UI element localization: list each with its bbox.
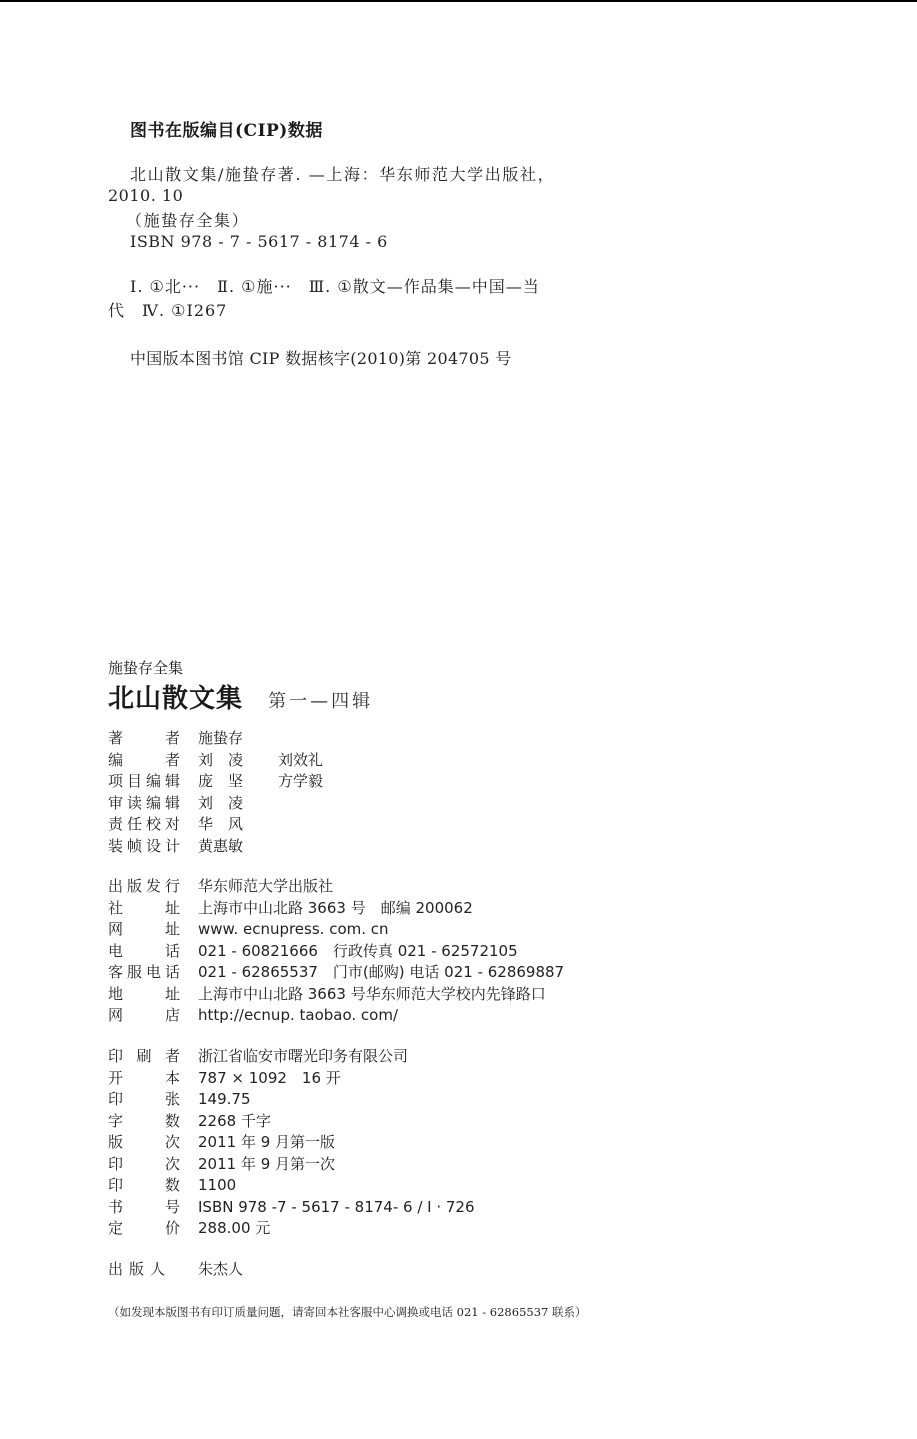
info-label: 印张 bbox=[108, 1089, 180, 1111]
info-label: 版次 bbox=[108, 1132, 180, 1154]
credit-value: 庞 坚 bbox=[198, 771, 278, 793]
credit-value: 华 风 bbox=[198, 814, 278, 836]
info-value: 浙江省临安市曙光印务有限公司 bbox=[198, 1046, 408, 1068]
info-value: 上海市中山北路 3663 号华东师范大学校内先锋路口 bbox=[198, 984, 546, 1006]
info-value: 021 - 60821666 行政传真 021 - 62572105 bbox=[198, 941, 518, 963]
info-value: 2268 千字 bbox=[198, 1111, 271, 1133]
cip-line: 2010. 10 bbox=[108, 186, 183, 205]
info-label: 定价 bbox=[108, 1218, 180, 1240]
info-label: 社址 bbox=[108, 898, 180, 920]
credit-value: 刘 凌 bbox=[198, 750, 278, 772]
cip-line: 代 Ⅳ. ①I267 bbox=[108, 298, 227, 321]
series-name: 施蛰存全集 bbox=[108, 657, 183, 678]
info-label: 出版人 bbox=[108, 1259, 180, 1281]
info-label: 印刷者 bbox=[108, 1046, 180, 1068]
info-value: 朱杰人 bbox=[198, 1259, 243, 1281]
info-value: 上海市中山北路 3663 号 邮编 200062 bbox=[198, 898, 473, 920]
credit-value: 方学毅 bbox=[278, 771, 323, 793]
cip-line: 中国版本图书馆 CIP 数据核字(2010)第 204705 号 bbox=[130, 346, 512, 369]
info-value: 149.75 bbox=[198, 1089, 251, 1111]
credit-label: 著者 bbox=[108, 728, 180, 750]
cip-line: ISBN 978 - 7 - 5617 - 8174 - 6 bbox=[130, 232, 388, 251]
info-label: 印数 bbox=[108, 1175, 180, 1197]
info-label: 地址 bbox=[108, 984, 180, 1006]
online-store-value: http://ecnup. taobao. com/ bbox=[198, 1005, 398, 1027]
cip-title: 图书在版编目(CIP)数据 bbox=[130, 116, 323, 141]
credit-label: 装帧设计 bbox=[108, 836, 180, 858]
top-border bbox=[0, 0, 917, 2]
price-value: 288.00 元 bbox=[198, 1218, 270, 1240]
credit-label: 责任校对 bbox=[108, 814, 180, 836]
credit-value: 刘效礼 bbox=[278, 750, 323, 772]
credit-label: 项目编辑 bbox=[108, 771, 180, 793]
volume-label: 第一—四辑 bbox=[268, 691, 373, 712]
info-value: 2011 年 9 月第一次 bbox=[198, 1154, 335, 1176]
info-label: 印次 bbox=[108, 1154, 180, 1176]
info-label: 字数 bbox=[108, 1111, 180, 1133]
info-label: 电话 bbox=[108, 941, 180, 963]
info-label: 出版发行 bbox=[108, 876, 180, 898]
info-value: 华东师范大学出版社 bbox=[198, 876, 333, 898]
credit-value: 施蛰存 bbox=[198, 728, 278, 750]
info-value: 021 - 62865537 门市(邮购) 电话 021 - 62869887 bbox=[198, 962, 564, 984]
website-value: www. ecnupress. com. cn bbox=[198, 919, 389, 941]
info-value: 787 × 1092 16 开 bbox=[198, 1068, 341, 1090]
title-row: 北山散文集 第一—四辑 bbox=[108, 678, 373, 715]
info-label: 网店 bbox=[108, 1005, 180, 1027]
info-label: 网址 bbox=[108, 919, 180, 941]
credit-value: 黄惠敏 bbox=[198, 836, 278, 858]
info-value: 1100 bbox=[198, 1175, 236, 1197]
credit-label: 审读编辑 bbox=[108, 793, 180, 815]
cip-line: 北山散文集/施蛰存著. —上海：华东师范大学出版社， bbox=[130, 162, 555, 185]
cip-line: Ⅰ. ①北··· Ⅱ. ①施··· Ⅲ. ①散文—作品集—中国—当 bbox=[130, 274, 540, 297]
credit-label: 编者 bbox=[108, 750, 180, 772]
cip-line: （施蛰存全集） bbox=[126, 208, 249, 231]
info-label: 开本 bbox=[108, 1068, 180, 1090]
info-label: 书号 bbox=[108, 1197, 180, 1219]
isbn-value: ISBN 978 -7 - 5617 - 8174- 6 / I · 726 bbox=[198, 1197, 475, 1219]
credit-value: 刘 凌 bbox=[198, 793, 278, 815]
book-title: 北山散文集 bbox=[108, 684, 243, 714]
info-label: 客服电话 bbox=[108, 962, 180, 984]
quality-notice: （如发现本版图书有印订质量问题，请寄回本社客服中心调换或电话 021 - 628… bbox=[108, 1304, 587, 1320]
info-value: 2011 年 9 月第一版 bbox=[198, 1132, 335, 1154]
